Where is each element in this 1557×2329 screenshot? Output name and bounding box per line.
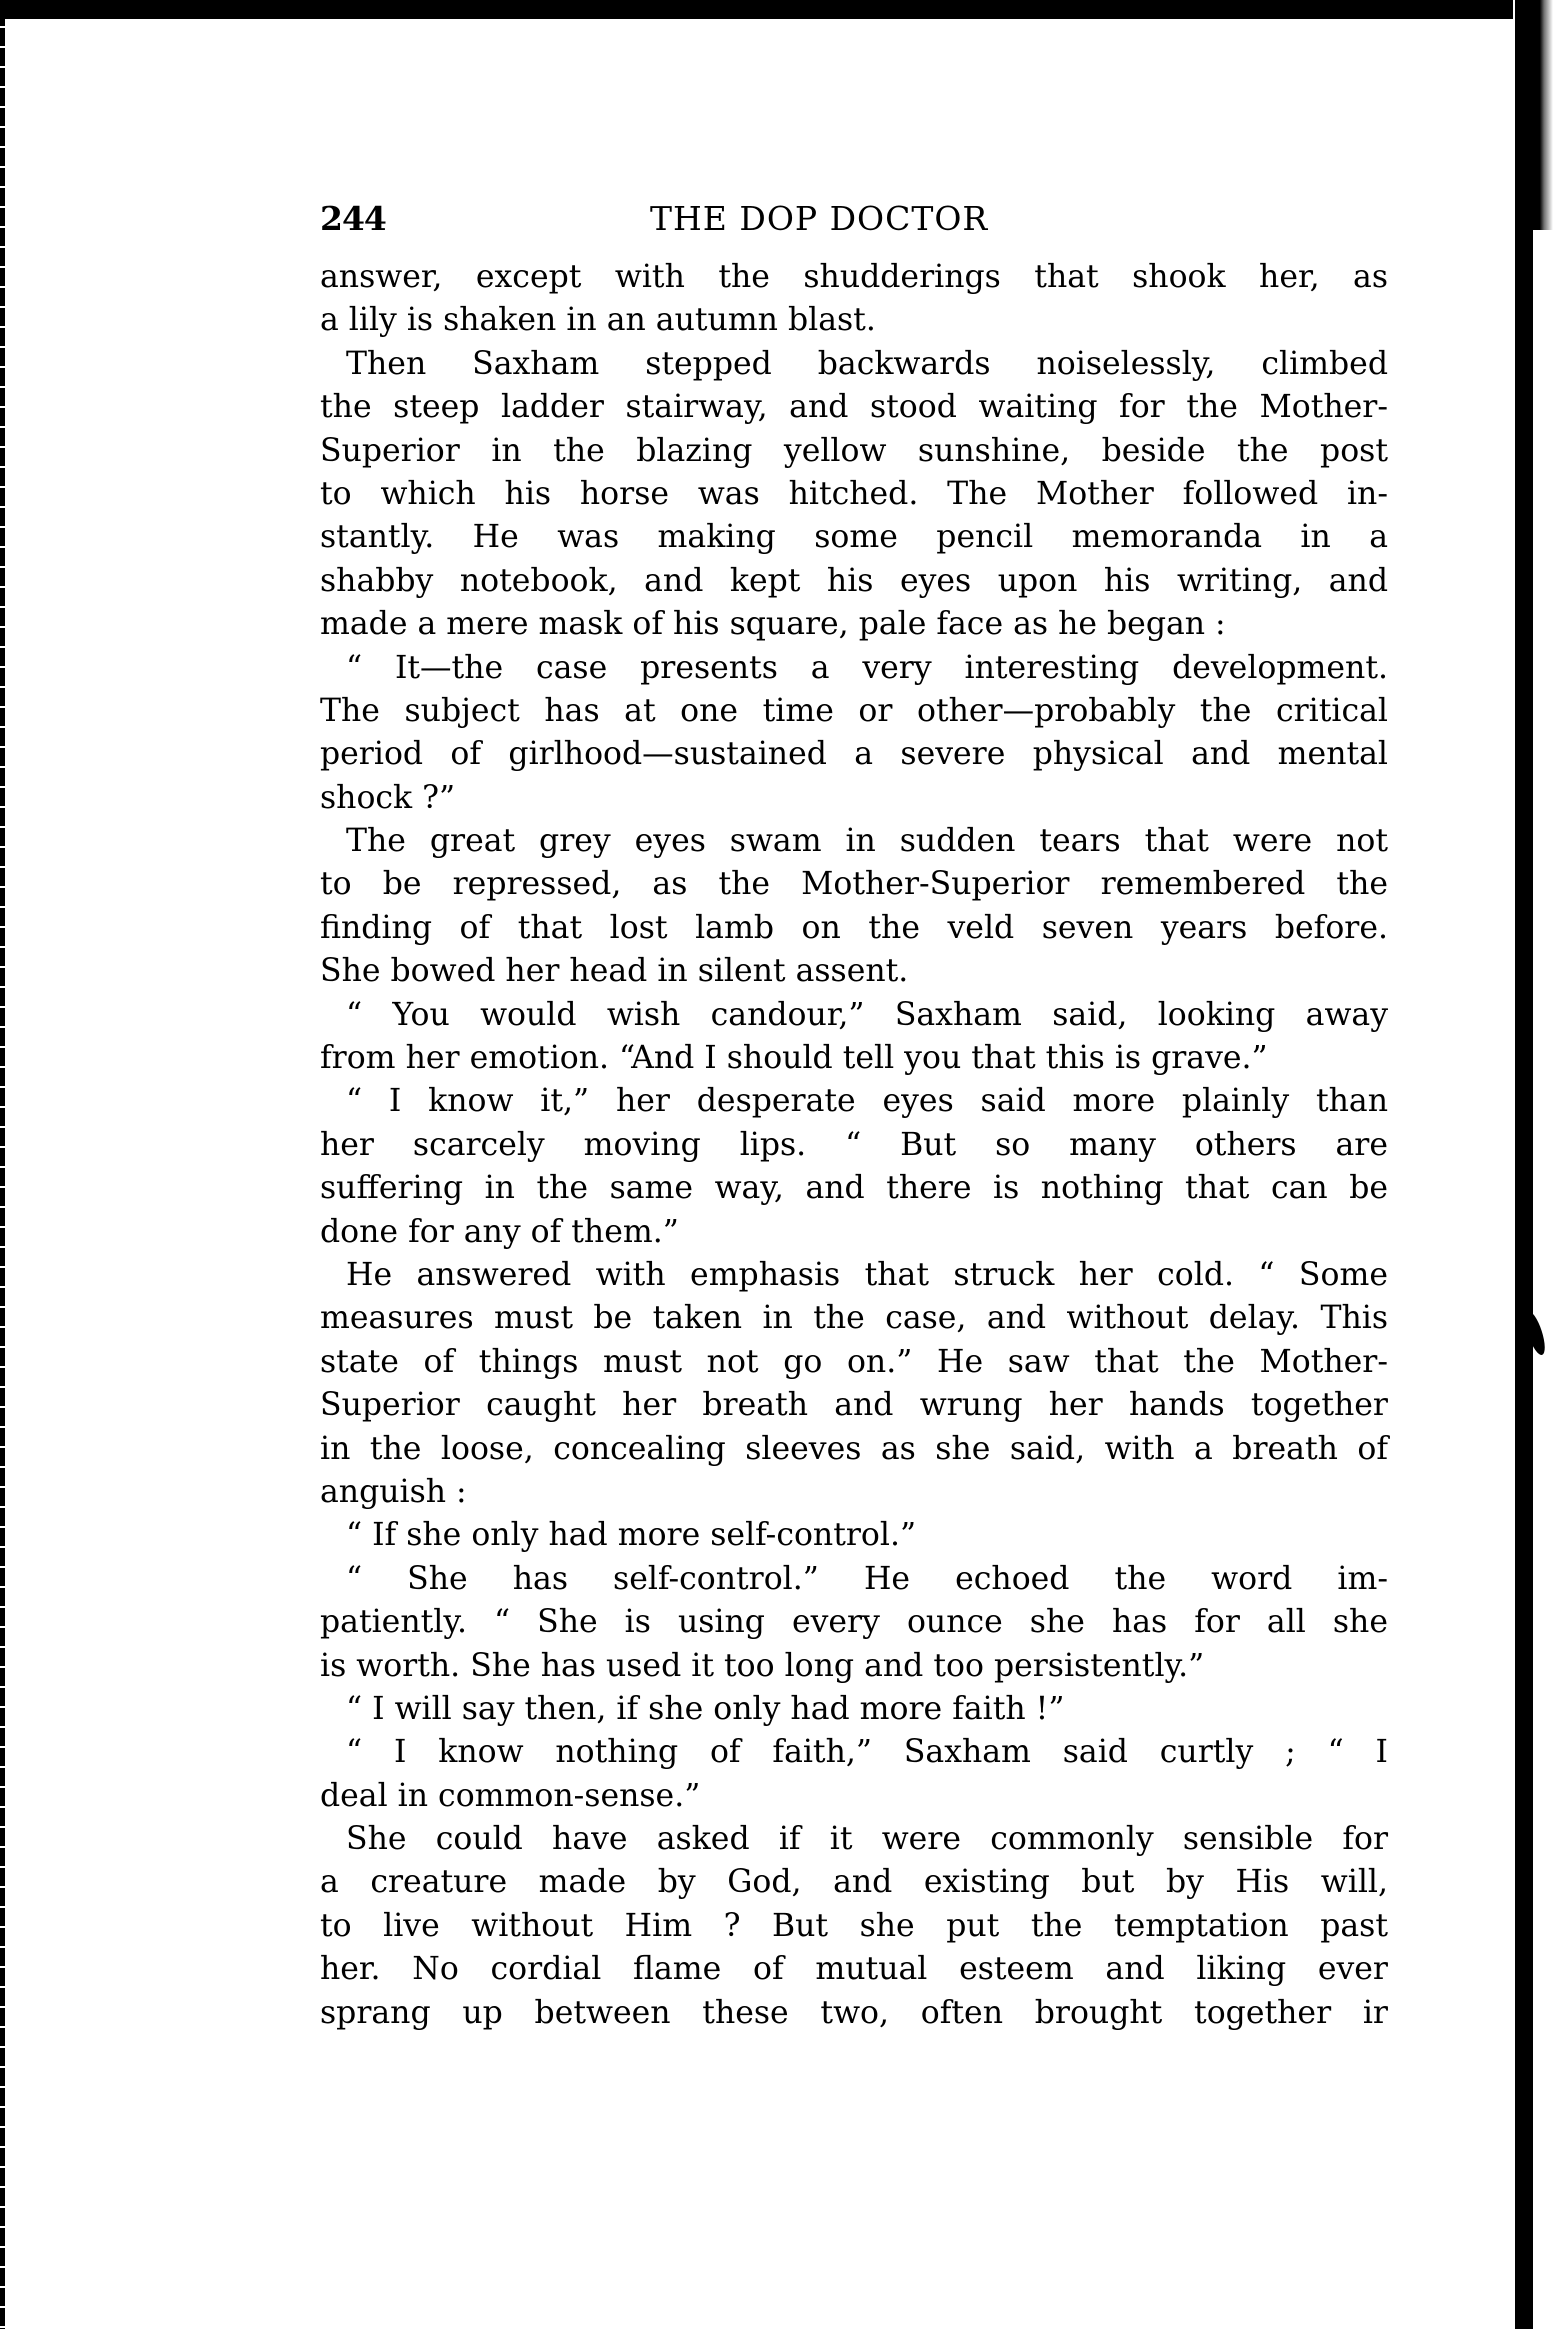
text-line: suffering in the same way, and there is …	[320, 1167, 1388, 1210]
text-line: state of things must not go on.” He saw …	[320, 1341, 1388, 1384]
text-line: The subject has at one time or other—pro…	[320, 690, 1388, 733]
text-line: “ I will say then, if she only had more …	[320, 1688, 1388, 1731]
text-line: deal in common-sense.”	[320, 1775, 1388, 1818]
book-page: 244 THE DOP DOCTOR answer, except with t…	[320, 190, 1388, 2035]
text-line: measures must be taken in the case, and …	[320, 1297, 1388, 1340]
book-title: THE DOP DOCTOR	[650, 190, 988, 248]
scan-right-edge	[1513, 0, 1557, 2329]
text-line: period of girlhood—sustained a severe ph…	[320, 733, 1388, 776]
text-line: a creature made by God, and existing but…	[320, 1861, 1388, 1904]
text-line: Then Saxham stepped backwards noiselessl…	[320, 343, 1388, 386]
text-line: “ I know nothing of faith,” Saxham said …	[320, 1731, 1388, 1774]
text-line: done for any of them.”	[320, 1211, 1388, 1254]
text-line: “ I know it,” her desperate eyes said mo…	[320, 1080, 1388, 1123]
body-text: answer, except with the shudderings that…	[320, 256, 1388, 2035]
text-line: Superior in the blazing yellow sunshine,…	[320, 430, 1388, 473]
text-line: Superior caught her breath and wrung her…	[320, 1384, 1388, 1427]
text-line: “ You would wish candour,” Saxham said, …	[320, 994, 1388, 1037]
text-line: from her emotion. “And I should tell you…	[320, 1037, 1388, 1080]
text-line: “ It—the case presents a very interestin…	[320, 647, 1388, 690]
text-line: anguish :	[320, 1471, 1388, 1514]
scan-left-edge	[0, 19, 5, 2329]
text-line: stantly. He was making some pencil memor…	[320, 516, 1388, 559]
text-line: He answered with emphasis that struck he…	[320, 1254, 1388, 1297]
text-line: finding of that lost lamb on the veld se…	[320, 907, 1388, 950]
text-line: to live without Him ? But she put the te…	[320, 1905, 1388, 1948]
text-line: in the loose, concealing sleeves as she …	[320, 1428, 1388, 1471]
text-line: sprang up between these two, often broug…	[320, 1992, 1388, 2035]
text-line: is worth. She has used it too long and t…	[320, 1645, 1388, 1688]
text-line: She bowed her head in silent assent.	[320, 950, 1388, 993]
running-head: 244 THE DOP DOCTOR	[320, 190, 1388, 248]
text-line: “ She has self-control.” He echoed the w…	[320, 1558, 1388, 1601]
text-line: answer, except with the shudderings that…	[320, 256, 1388, 299]
text-line: She could have asked if it were commonly…	[320, 1818, 1388, 1861]
text-line: patiently. “ She is using every ounce sh…	[320, 1601, 1388, 1644]
text-line: “ If she only had more self-control.”	[320, 1514, 1388, 1557]
text-line: The great grey eyes swam in sudden tears…	[320, 820, 1388, 863]
text-line: her. No cordial flame of mutual esteem a…	[320, 1948, 1388, 1991]
text-line: made a mere mask of his square, pale fac…	[320, 603, 1388, 646]
text-line: a lily is shaken in an autumn blast.	[320, 299, 1388, 342]
text-line: her scarcely moving lips. “ But so many …	[320, 1124, 1388, 1167]
text-line: shabby notebook, and kept his eyes upon …	[320, 560, 1388, 603]
page-number: 244	[320, 190, 386, 248]
text-line: to be repressed, as the Mother-Superior …	[320, 863, 1388, 906]
text-line: the steep ladder stairway, and stood wai…	[320, 386, 1388, 429]
scan-top-edge	[0, 0, 1557, 19]
text-line: shock ?”	[320, 777, 1388, 820]
text-line: to which his horse was hitched. The Moth…	[320, 473, 1388, 516]
